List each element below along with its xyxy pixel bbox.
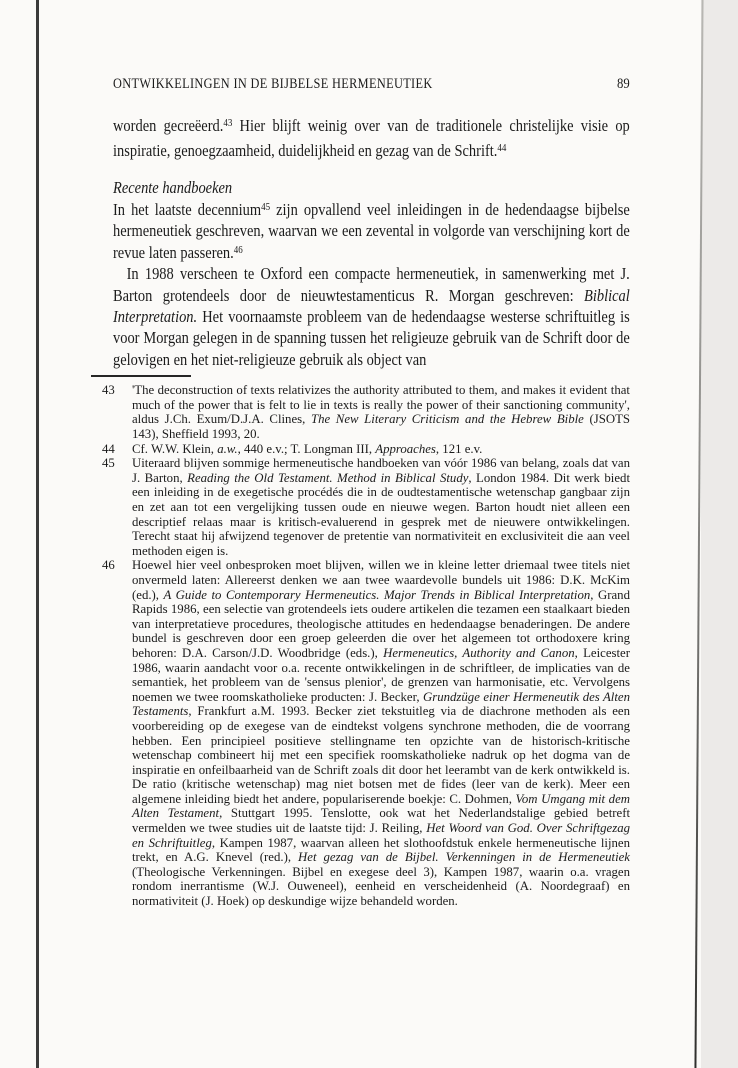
footnote-number: 46: [102, 558, 115, 573]
footnote-45: 45 Uiteraard blijven sommige hermeneutis…: [102, 456, 630, 558]
footnote-number: 43: [102, 383, 115, 398]
scan-right-margin-shade: [701, 0, 738, 1068]
page-content: ONTWIKKELINGEN IN DE BIJBELSE HERMENEUTI…: [113, 75, 630, 909]
section-heading: Recente handboeken: [113, 177, 630, 199]
footnote-text: 'The deconstruction of texts relativizes…: [132, 383, 630, 441]
running-header-title: ONTWIKKELINGEN IN DE BIJBELSE HERMENEUTI…: [113, 75, 433, 93]
page-number: 89: [617, 75, 630, 93]
footnote-43: 43 'The deconstruction of texts relativi…: [102, 383, 630, 441]
footnote-text: Uiteraard blijven sommige hermeneutische…: [132, 456, 630, 558]
body-paragraph-2: In het laatste decennium45 zijn opvallen…: [113, 199, 630, 263]
page-left-edge-line: [36, 0, 39, 1068]
footnote-46: 46 Hoewel hier veel onbesproken moet bli…: [102, 558, 630, 908]
footnote-number: 45: [102, 456, 115, 471]
footnote-text: Hoewel hier veel onbesproken moet blijve…: [132, 558, 630, 908]
footnote-44: 44 Cf. W.W. Klein, a.w., 440 e.v.; T. Lo…: [102, 442, 630, 457]
footnotes-block: 43 'The deconstruction of texts relativi…: [102, 383, 630, 908]
footnote-separator-rule: [91, 375, 191, 377]
body-paragraph-3: In 1988 verscheen te Oxford een compacte…: [113, 263, 630, 370]
footnote-text: Cf. W.W. Klein, a.w., 440 e.v.; T. Longm…: [132, 442, 482, 456]
main-text-block: ONTWIKKELINGEN IN DE BIJBELSE HERMENEUTI…: [113, 75, 630, 370]
scanned-book-page: ONTWIKKELINGEN IN DE BIJBELSE HERMENEUTI…: [0, 0, 738, 1068]
body-paragraph-1: worden gecreëerd.43 Hier blijft weinig o…: [113, 113, 630, 163]
footnote-number: 44: [102, 442, 115, 457]
running-header: ONTWIKKELINGEN IN DE BIJBELSE HERMENEUTI…: [113, 75, 630, 93]
